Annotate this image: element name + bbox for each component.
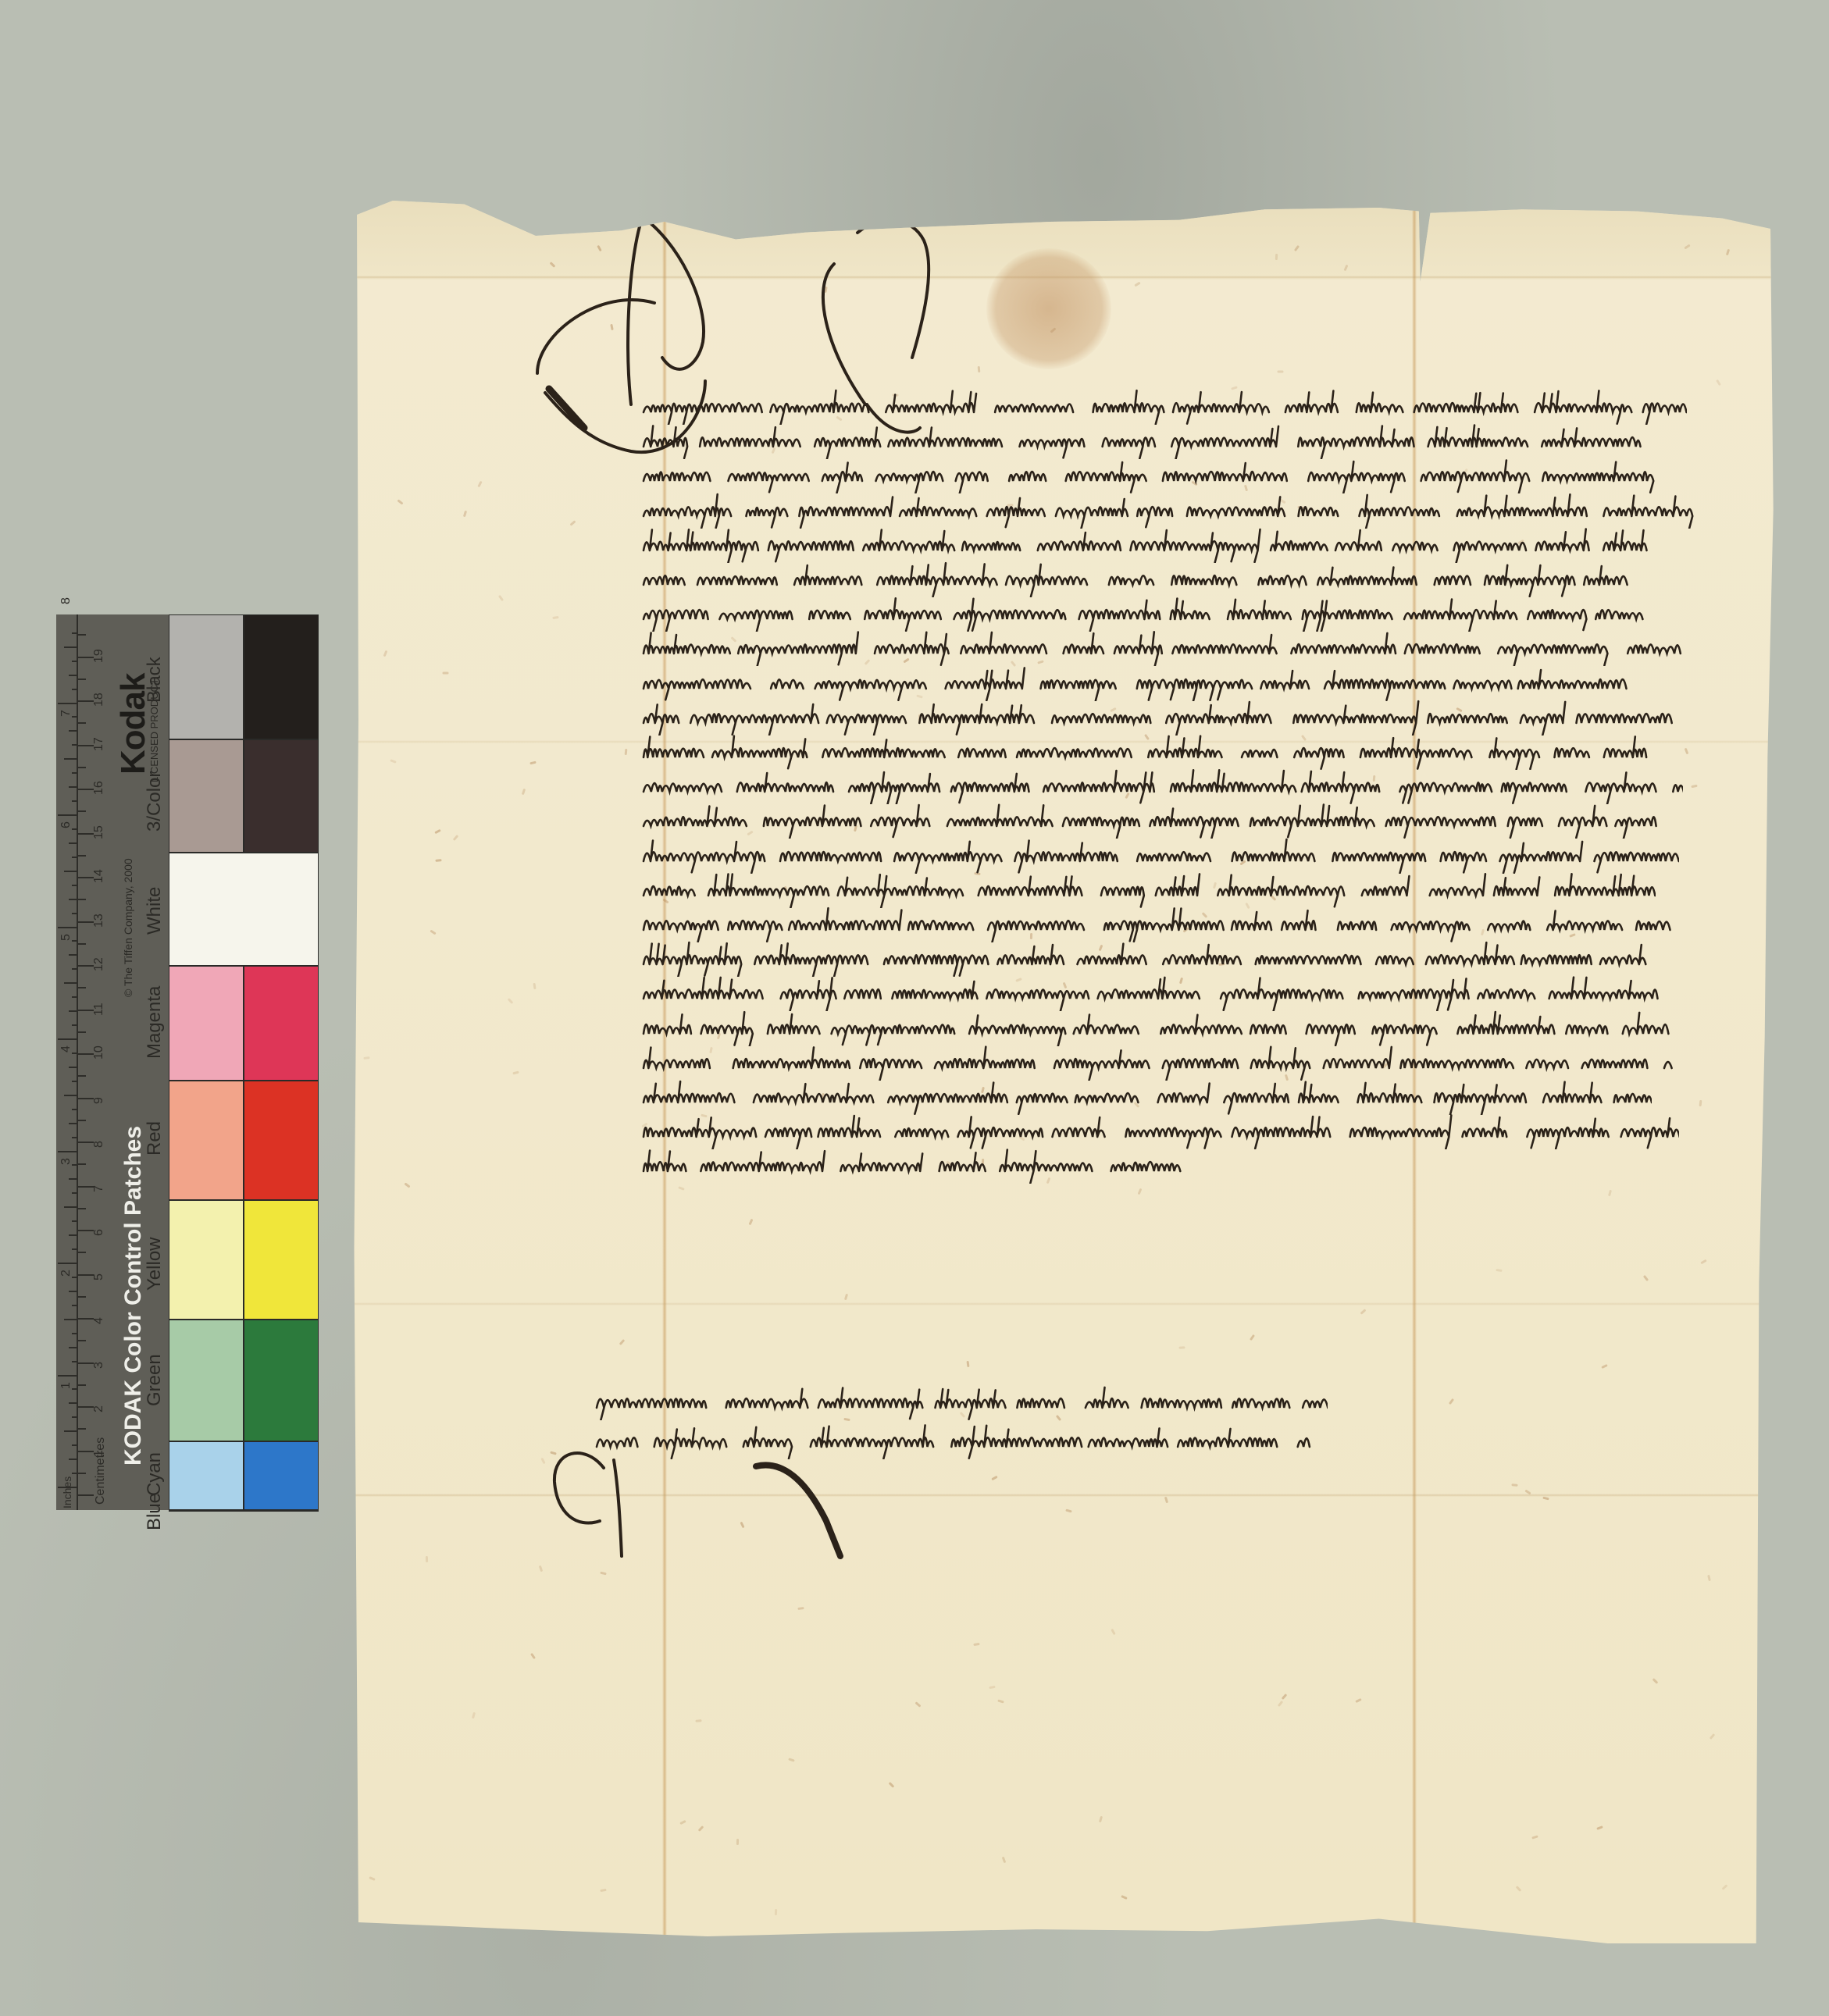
patch-black-light (169, 614, 244, 739)
line-transcription: selben ainer tags vergleichen. Darauf wi… (640, 1045, 1675, 1072)
inches-label: Inches (61, 1476, 73, 1508)
inch-tick (72, 1109, 77, 1110)
cm-tick (78, 634, 86, 636)
inch-tick (72, 857, 77, 858)
line-transcription: welle sich uber angezaigt unser erpieten… (640, 838, 1679, 865)
handwriting-line: hofmaister ... kurzverschinen tag an uns… (640, 423, 1663, 459)
cm-tick-label: 1 (92, 1450, 106, 1457)
inch-tick (69, 675, 77, 676)
inch-tick-label: 7 (59, 710, 73, 717)
line-transcription: und leut, darunder die gemelten ... auch… (640, 630, 1683, 657)
handwriting-line: und leut, darunder die gemelten ... auch… (640, 630, 1683, 666)
cm-tick (78, 1142, 94, 1143)
inch-tick-label: 5 (59, 934, 73, 941)
inch-tick (72, 1305, 77, 1306)
patch-magenta-light (169, 966, 244, 1081)
inch-tick (69, 1291, 77, 1292)
patch-label: Green (144, 1354, 166, 1406)
cm-tick (78, 965, 94, 967)
inch-tick (72, 1024, 77, 1026)
cm-tick (78, 1230, 94, 1231)
inch-tick (72, 744, 77, 746)
inch-tick (58, 1151, 77, 1152)
line-transcription: nachperlich und genedigklich beschulden,… (640, 1010, 1671, 1038)
handwriting-line: Dat ... in gat Dater besunderlieber herr… (640, 389, 1687, 425)
line-transcription: wie die durch vermelten ... angezaigt wo… (640, 527, 1648, 554)
inch-tick-label: 1 (59, 1382, 73, 1389)
cm-tick (78, 899, 86, 900)
inch-tick (69, 954, 77, 956)
inch-tick (69, 1178, 77, 1180)
inch-tick-label: 4 (59, 1045, 73, 1053)
handwriting-line: Auch ... beruch geben, sich mit den unse… (640, 941, 1648, 977)
cm-tick (78, 810, 86, 812)
patch-red-dark (244, 1081, 319, 1200)
line-transcription: verstanden werden mug, ist auch unser ge… (640, 665, 1640, 693)
inch-tick (64, 758, 77, 760)
inch-tick (72, 828, 77, 830)
cm-tick (78, 1098, 94, 1099)
inch-tick (58, 1487, 77, 1488)
inch-tick (72, 885, 77, 886)
inch-tick (69, 786, 77, 788)
centimetres-label: Centimetres (94, 1437, 108, 1505)
cm-tick-label: 12 (92, 957, 106, 971)
cm-tick (78, 1473, 86, 1474)
handwriting-line: halstat verordnen von den sachen und was… (640, 1079, 1652, 1115)
line-transcription: willen, dem vorgemelten vertrag on nacht… (640, 906, 1671, 934)
inch-tick (69, 730, 77, 732)
cm-tick (78, 745, 94, 746)
handwriting-line: willen, dem vorgemelten vertrag on nacht… (640, 906, 1671, 942)
cm-tick (78, 1010, 94, 1011)
cm-tick (78, 1186, 94, 1188)
cm-tick-label: 15 (92, 825, 106, 839)
cm-tick (78, 987, 86, 988)
cm-tick-label: 3 (92, 1362, 106, 1369)
cm-tick (78, 1318, 94, 1320)
patch-yellow-light (169, 1200, 244, 1320)
patch-label: Magenta (144, 986, 166, 1059)
inch-tick (72, 661, 77, 662)
cm-tick-label: 7 (92, 1185, 106, 1192)
handwriting-line: nachperlich und genedigklich beschulden,… (640, 1010, 1671, 1046)
cm-tick (78, 1340, 86, 1341)
inch-tick (72, 689, 77, 690)
chart-brand-title: KODAK Color Control Patches (120, 1126, 147, 1466)
cm-tick (78, 877, 94, 878)
inch-tick (58, 703, 77, 704)
patch-red-light (169, 1081, 244, 1200)
cm-tick (78, 700, 94, 702)
handwriting-line: verstanden werden mug, ist auch unser ge… (640, 665, 1640, 701)
patch-yellow-dark (244, 1200, 319, 1320)
line-transcription: Auch ... beruch geben, sich mit den unse… (640, 941, 1648, 968)
signature-line: Pfalzgraven bey Rhein Herzogen in obern … (594, 1423, 1312, 1459)
inch-tick-label: 8 (59, 597, 73, 604)
line-transcription: halb der ... verbesserter zu ... besizer… (640, 458, 1656, 485)
inch-tick (72, 1277, 77, 1278)
inch-tick (72, 913, 77, 914)
inch-tick (72, 996, 77, 998)
line-transcription: furnemen zu vereinigen. Das wollen wir u… (640, 975, 1660, 1003)
cm-tick-label: 17 (92, 737, 106, 751)
patch-3-color-dark (244, 739, 319, 853)
cm-tick-label: 19 (92, 649, 106, 663)
inch-tick (69, 1347, 77, 1348)
patch-label: Cyan (144, 1452, 166, 1496)
cm-tick (78, 1053, 94, 1055)
patch-3-color-light (169, 739, 244, 853)
line-transcription: offenbarn guten ursachen nicht uns zu ai… (640, 596, 1644, 623)
handwriting-line: stifft mit diser anlag ainichen beschwär… (640, 734, 1648, 770)
inch-tick (72, 800, 77, 802)
line-transcription: Pfalzgraven bey Rhein Herzogen in obern … (594, 1423, 1312, 1451)
cm-tick (78, 1274, 94, 1276)
line-transcription: hofmaister ... kurzverschinen tag an uns… (640, 423, 1663, 451)
inch-tick (64, 871, 77, 872)
cm-tick-label: 8 (92, 1141, 106, 1148)
cm-tick (78, 1406, 94, 1408)
cm-tick (78, 1208, 86, 1209)
handwriting-line: under seinen rechten verstande ... weise… (640, 700, 1675, 736)
inch-tick (64, 1319, 77, 1320)
cm-tick (78, 943, 86, 945)
patch-magenta-dark (244, 966, 319, 1081)
patch-label: White (144, 887, 166, 935)
inch-tick (69, 1123, 77, 1124)
inch-tick (64, 646, 77, 648)
handwriting-line: andern gegen derselben freuntlich, nachp… (640, 768, 1683, 804)
cm-tick (78, 921, 94, 923)
inch-tick (58, 1375, 77, 1377)
handwriting-line: den Inhalt der vertrage für uns nemen, k… (640, 561, 1640, 597)
cm-tick (78, 1075, 86, 1077)
cm-tick (78, 1120, 86, 1121)
cm-tick (78, 767, 86, 768)
inch-tick (72, 1220, 77, 1222)
inch-tick (69, 1234, 77, 1236)
cm-tick (78, 657, 94, 658)
cm-tick-label: 11 (92, 1003, 106, 1016)
inch-tick (72, 632, 77, 634)
cm-tick-label: 4 (92, 1317, 106, 1324)
inch-tick (69, 1402, 77, 1404)
inch-tick (72, 1053, 77, 1054)
inch-tick (72, 968, 77, 970)
inch-tick (72, 1081, 77, 1082)
line-transcription: halstat verordnen von den sachen und was… (640, 1079, 1652, 1106)
inch-tick (58, 1263, 77, 1264)
inch-tick (69, 1010, 77, 1012)
handwriting-line: den zwelfften tag Januarij Anno ... Tric… (640, 1148, 1203, 1184)
patch-cyan-dark (244, 1441, 319, 1510)
cm-tick (78, 1362, 94, 1364)
handwriting-line: furnemen zu vereinigen. Das wollen wir u… (640, 975, 1660, 1011)
patch-white (169, 853, 319, 966)
inch-tick-label: 3 (59, 1158, 73, 1165)
line-transcription: kain weiter disputation begeben, sonder … (640, 872, 1656, 899)
cm-tick-label: 16 (92, 781, 106, 795)
color-patches (169, 614, 319, 1510)
cm-tick-label: 14 (92, 869, 106, 883)
patch-blue-light (169, 1510, 244, 1512)
inch-tick (72, 772, 77, 774)
inch-tick (72, 1361, 77, 1362)
inch-tick (72, 1444, 77, 1446)
handwriting-line: dieweil auch dise sach an ir selbs nit s… (640, 803, 1660, 839)
patch-label: Red (144, 1121, 166, 1156)
patch-green-dark (244, 1320, 319, 1441)
inch-tick (72, 1137, 77, 1138)
inch-tick (58, 814, 77, 816)
cm-tick (78, 1494, 94, 1496)
cm-tick-label: 5 (92, 1273, 106, 1280)
line-transcription: samenkunfft ... die ursachen Ew lieb auc… (640, 493, 1695, 520)
line-transcription: handlen. Wellen wir Ew Lieb freuntlicher… (640, 1113, 1679, 1141)
cm-tick (78, 1384, 86, 1386)
handwriting-line: wie die durch vermelten ... angezaigt wo… (640, 527, 1648, 563)
inch-tick (64, 1206, 77, 1208)
line-transcription: under seinen rechten verstande ... weise… (640, 700, 1675, 727)
cm-tick (78, 855, 86, 857)
inch-tick (69, 899, 77, 900)
cm-tick-label: 10 (92, 1045, 106, 1060)
handwriting-line: offenbarn guten ursachen nicht uns zu ai… (640, 596, 1644, 632)
inch-tick (72, 1473, 77, 1474)
chart-copyright: © The Tiffen Company, 2000 (122, 858, 134, 997)
inch-tick (72, 1416, 77, 1418)
line-transcription: Dat ... in gat Dater besunderlieber herr… (640, 389, 1687, 416)
line-transcription: andern gegen derselben freuntlich, nachp… (640, 768, 1683, 796)
ruler-strip: Inches Centimetres KODAK Color Control P… (56, 614, 169, 1510)
handwriting-line: welle sich uber angezaigt unser erpieten… (640, 838, 1679, 874)
signature-line: Von gots genaden Wilhelm und Ludwig gebr… (594, 1384, 1328, 1420)
inch-tick (72, 1192, 77, 1194)
inch-tick (58, 927, 77, 928)
line-transcription: den zwelfften tag Januarij Anno ... Tric… (640, 1148, 1203, 1175)
inch-tick-label: 2 (59, 1270, 73, 1277)
line-transcription: Von gots genaden Wilhelm und Ludwig gebr… (594, 1384, 1328, 1412)
inch-tick (64, 982, 77, 984)
cm-tick-label: 18 (92, 693, 106, 707)
patch-green-light (169, 1320, 244, 1441)
cm-tick-label: 6 (92, 1229, 106, 1236)
patch-cyan-light (169, 1441, 244, 1510)
cm-tick (78, 789, 94, 790)
inch-tick (69, 842, 77, 844)
cm-tick (78, 1451, 94, 1452)
cm-tick-label: 13 (92, 914, 106, 928)
cm-tick (78, 1031, 86, 1033)
cm-tick (78, 679, 86, 680)
inch-tick (69, 1067, 77, 1068)
inch-tick-label: 6 (59, 821, 73, 828)
ruler-baseline (77, 614, 78, 1510)
patch-blue-dark (244, 1510, 319, 1512)
patch-black-dark (244, 614, 319, 739)
inch-tick (58, 1038, 77, 1040)
kodak-color-chart: Inches Centimetres KODAK Color Control P… (56, 614, 319, 1510)
cm-tick-label: 9 (92, 1097, 106, 1104)
inch-tick (64, 1095, 77, 1096)
cm-tick (78, 1428, 86, 1430)
patch-label: Blue (144, 1493, 166, 1530)
inch-tick (72, 1333, 77, 1334)
handwriting-line: kain weiter disputation begeben, sonder … (640, 872, 1656, 908)
cm-tick (78, 833, 94, 835)
line-transcription: dieweil auch dise sach an ir selbs nit s… (640, 803, 1660, 830)
cm-tick-label: 2 (92, 1405, 106, 1412)
cm-tick (78, 1252, 86, 1253)
inch-tick (69, 1459, 77, 1460)
patch-label: 3/Color (144, 771, 166, 832)
handwriting-line: handlen. Wellen wir Ew Lieb freuntlicher… (640, 1113, 1679, 1149)
cm-tick (78, 1163, 86, 1165)
inch-tick (72, 1248, 77, 1250)
patch-label: Black (144, 657, 166, 703)
handwriting-line: selben ainer tags vergleichen. Darauf wi… (640, 1045, 1675, 1081)
cm-tick (78, 1296, 86, 1298)
patch-label: Yellow (144, 1237, 166, 1291)
handwriting-line: halb der ... verbesserter zu ... besizer… (640, 458, 1656, 493)
manuscript-page: Dat ... in gat Dater besunderlieber herr… (350, 194, 1779, 1950)
line-transcription: stifft mit diser anlag ainichen beschwär… (640, 734, 1648, 761)
cm-tick (78, 722, 86, 724)
handwriting-line: samenkunfft ... die ursachen Ew lieb auc… (640, 493, 1695, 529)
inch-tick (64, 1430, 77, 1432)
line-transcription: den Inhalt der vertrage für uns nemen, k… (640, 561, 1640, 589)
